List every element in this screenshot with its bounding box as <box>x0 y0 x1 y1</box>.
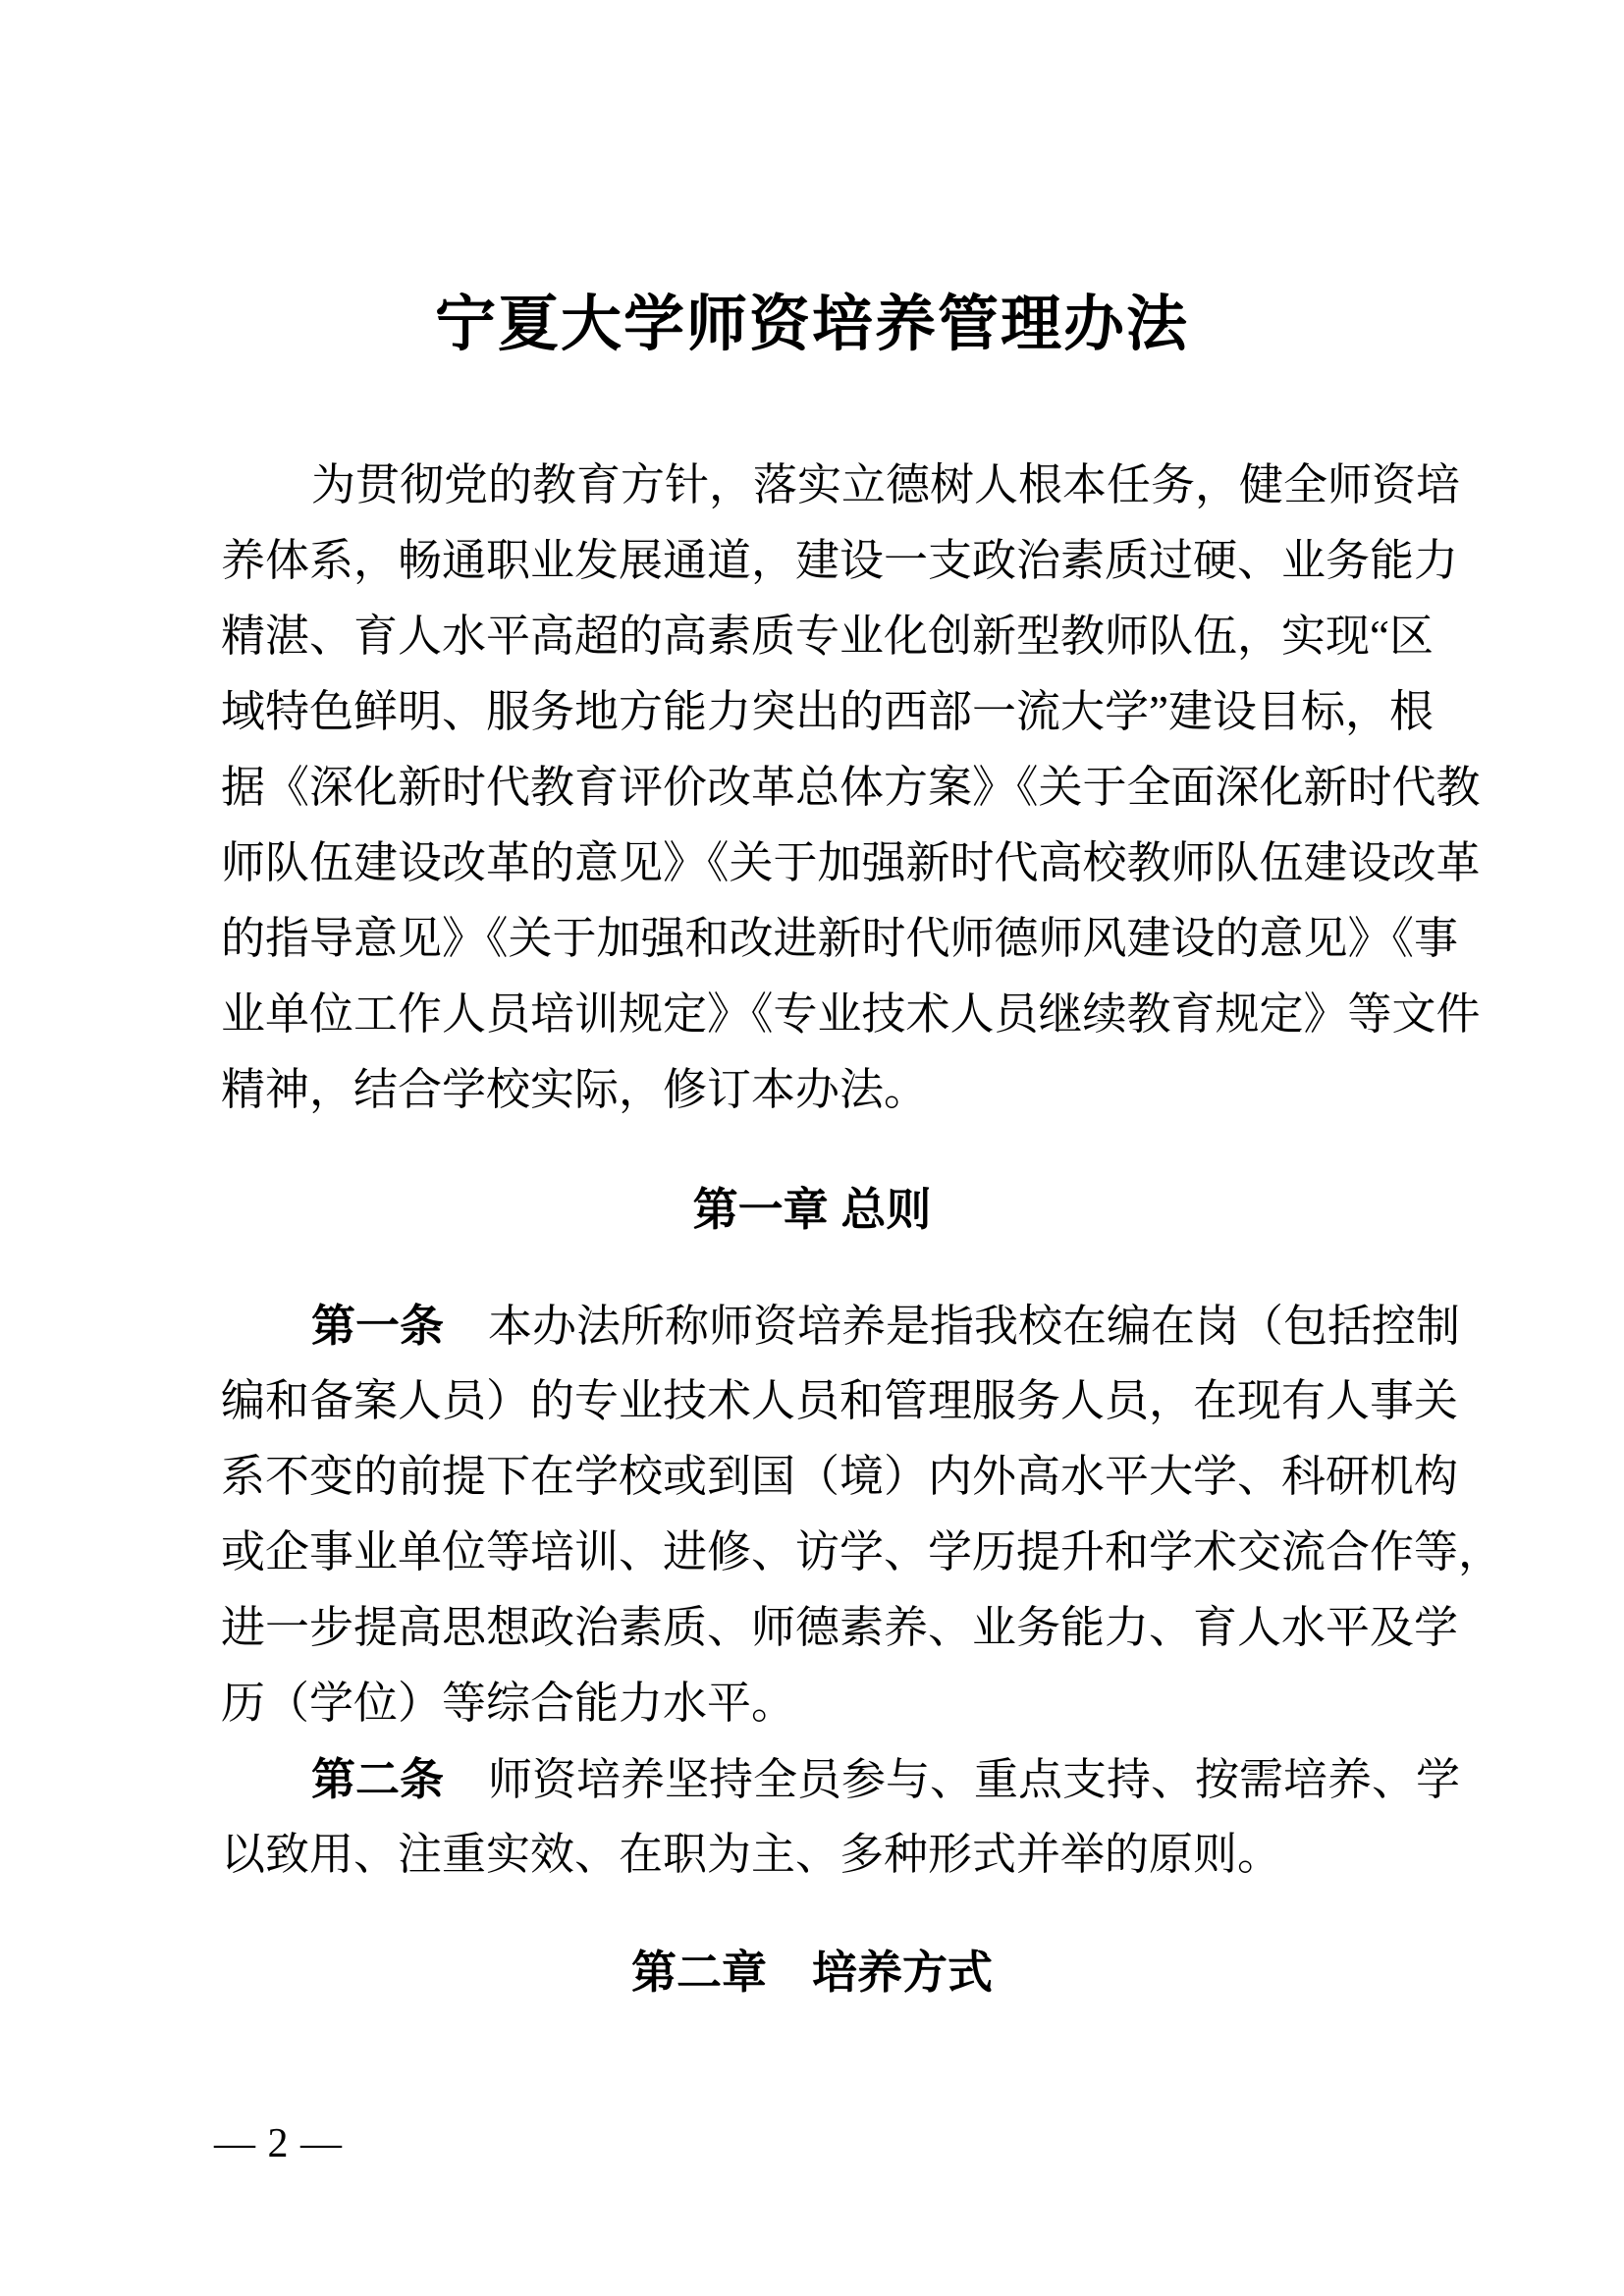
chapter-1-heading: 第一章 总则 <box>0 1172 1624 1248</box>
article-1-text: 本办法所称师资培养是指我校在编在岗（包括控制 <box>444 1302 1460 1351</box>
article-2-text: 师资培养坚持全员参与、重点支持、按需培养、学 <box>444 1755 1460 1804</box>
article-1-label: 第一条 <box>311 1301 444 1351</box>
text-line: 进一步提高思想政治素质、师德素养、业务能力、育人水平及学 <box>221 1590 1414 1666</box>
text-line: 域特色鲜明、服务地方能力突出的西部一流大学”建设目标，根 <box>221 674 1414 750</box>
text-line: 据《深化新时代教育评价改革总体方案》《关于全面深化新时代教 <box>221 750 1414 826</box>
text-line: 师队伍建设改革的意见》《关于加强新时代高校教师队伍建设改革 <box>221 826 1414 901</box>
text-line: 第一条 本办法所称师资培养是指我校在编在岗（包括控制 <box>221 1288 1414 1363</box>
text-line: 编和备案人员）的专业技术人员和管理服务人员，在现有人事关 <box>221 1363 1414 1439</box>
text-line: 或企事业单位等培训、进修、访学、学历提升和学术交流合作等， <box>221 1515 1414 1590</box>
document-title: 宁夏大学师资培养管理办法 <box>0 276 1624 374</box>
text-line: 养体系，畅通职业发展通道，建设一支政治素质过硬、业务能力 <box>221 523 1414 599</box>
chapter-2-heading: 第二章 培养方式 <box>0 1935 1624 2010</box>
text-line: 精湛、育人水平高超的高素质专业化创新型教师队伍，实现“区 <box>221 599 1414 674</box>
article-2-label: 第二条 <box>311 1754 444 1804</box>
text-line: 业单位工作人员培训规定》《专业技术人员继续教育规定》等文件 <box>221 977 1414 1052</box>
document-page: 宁夏大学师资培养管理办法 为贯彻党的教育方针，落实立德树人根本任务，健全师资培 … <box>0 0 1624 2296</box>
intro-paragraph: 为贯彻党的教育方针，落实立德树人根本任务，健全师资培 养体系，畅通职业发展通道，… <box>221 448 1414 1128</box>
text-line: 系不变的前提下在学校或到国（境）内外高水平大学、科研机构 <box>221 1439 1414 1515</box>
text-line: 精神，结合学校实际，修订本办法。 <box>221 1052 1414 1128</box>
text-line: 第二条 师资培养坚持全员参与、重点支持、按需培养、学 <box>221 1741 1414 1817</box>
text-line: 以致用、注重实效、在职为主、多种形式并举的原则。 <box>221 1817 1414 1893</box>
page-number: — 2 — <box>214 2107 343 2182</box>
articles-section: 第一条 本办法所称师资培养是指我校在编在岗（包括控制 编和备案人员）的专业技术人… <box>221 1288 1414 1893</box>
text-line: 的指导意见》《关于加强和改进新时代师德师风建设的意见》《事 <box>221 901 1414 977</box>
text-line: 为贯彻党的教育方针，落实立德树人根本任务，健全师资培 <box>221 448 1414 523</box>
text-line: 历（学位）等综合能力水平。 <box>221 1666 1414 1741</box>
